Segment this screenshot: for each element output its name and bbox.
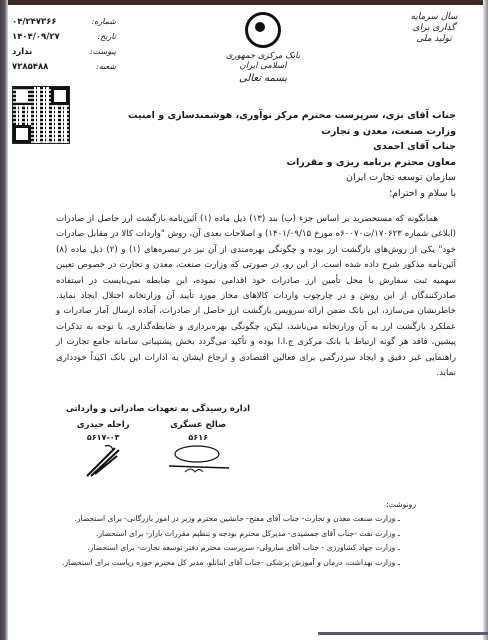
- cc-block: رونوشت: ـ وزارت صنعت معدن و تجارت- جناب …: [36, 498, 416, 570]
- cc-item: ـ وزارت نفت -جناب آقای جمشیدی- مدیرکل مح…: [36, 527, 416, 541]
- addressee-line: جناب آقای بزی، سرپرست محترم مرکز نوآوری،…: [36, 108, 456, 124]
- central-bank-emblem-icon: [245, 12, 281, 48]
- signer-code: ۵۶۱۶: [163, 433, 233, 442]
- meta-date: تاریخ: ۱۴۰۴/۰۹/۲۷: [12, 29, 116, 44]
- bismillah: بسمه تعالی: [218, 73, 308, 84]
- scan-top-edge: [0, 0, 488, 5]
- letter-meta: شماره: ۰۴/۲۴۷۳۶۶ تاریخ: ۱۴۰۴/۰۹/۲۷ پیوست…: [12, 14, 116, 74]
- cc-item: ـ وزارت بهداشت، درمان و آموزش پزشکی -جنا…: [36, 556, 416, 570]
- signature-scribble-icon: [163, 442, 233, 476]
- cc-item: ـ وزارت صنعت معدن و تجارت- جناب آقای مفت…: [36, 512, 416, 526]
- meta-label: شماره:: [91, 17, 116, 26]
- year-slogan: سال سرمایه گذاری برای تولید ملی: [410, 12, 458, 45]
- letter-attachment: ندارد: [12, 47, 32, 57]
- signature-scribble-icon: [81, 442, 125, 478]
- scan-right-edge: [483, 0, 488, 640]
- signature-block: اداره رسیدگی به تعهدات صادراتی و وارداتی…: [60, 404, 250, 481]
- addressee-line: جناب آقای احمدی: [36, 139, 456, 155]
- signers: صالح عسگری ۵۶۱۶ راحله حیدری ۵۶۱۷-۰۳: [60, 420, 250, 481]
- meta-branch: شعبه: ۷۲۸۵۴۸۸: [12, 59, 116, 74]
- greeting: با سلام و احترام؛: [36, 186, 456, 202]
- scan-left-edge: [0, 0, 8, 640]
- addressee-line: معاون محترم برنامه ریزی و مقررات: [36, 155, 456, 171]
- addressee-line: وزارت صنعت، معدن و تجارت: [36, 124, 456, 140]
- bank-name: بانک مرکزی جمهوری اسلامی ایران: [218, 51, 308, 71]
- letter-number: ۰۴/۲۴۷۳۶۶: [12, 17, 57, 27]
- department-name: اداره رسیدگی به تعهدات صادراتی و وارداتی: [60, 404, 250, 414]
- signer-name: صالح عسگری: [163, 420, 233, 430]
- qr-finder-pattern: [13, 125, 31, 143]
- letter-body: همانگونه که مستحضرید بر اساس جزء (ب) بند…: [56, 212, 456, 381]
- cc-item: ـ وزارت جهاد کشاورزی - جناب آقای سارولی-…: [36, 541, 416, 555]
- signer: راحله حیدری ۵۶۱۷-۰۳: [77, 420, 130, 481]
- signer: صالح عسگری ۵۶۱۶: [163, 420, 233, 481]
- meta-attachment: پیوست: ندارد: [12, 44, 116, 59]
- meta-label: تاریخ:: [97, 32, 116, 41]
- letter-branch: ۷۲۸۵۴۸۸: [12, 62, 48, 72]
- addressee-line: سازمان توسعه تجارت ایران: [36, 170, 456, 186]
- signer-name: راحله حیدری: [77, 420, 130, 430]
- meta-label: شعبه:: [96, 62, 116, 71]
- signer-code: ۵۶۱۷-۰۳: [77, 433, 130, 442]
- letter-date: ۱۴۰۴/۰۹/۲۷: [12, 32, 60, 42]
- scan-bottom-edge: [318, 632, 488, 635]
- cc-title: رونوشت:: [36, 498, 416, 512]
- addressee-block: جناب آقای بزی، سرپرست محترم مرکز نوآوری،…: [36, 108, 456, 201]
- meta-number: شماره: ۰۴/۲۴۷۳۶۶: [12, 14, 116, 29]
- meta-label: پیوست:: [90, 47, 116, 56]
- central-bank-logo: بانک مرکزی جمهوری اسلامی ایران بسمه تعال…: [218, 12, 308, 84]
